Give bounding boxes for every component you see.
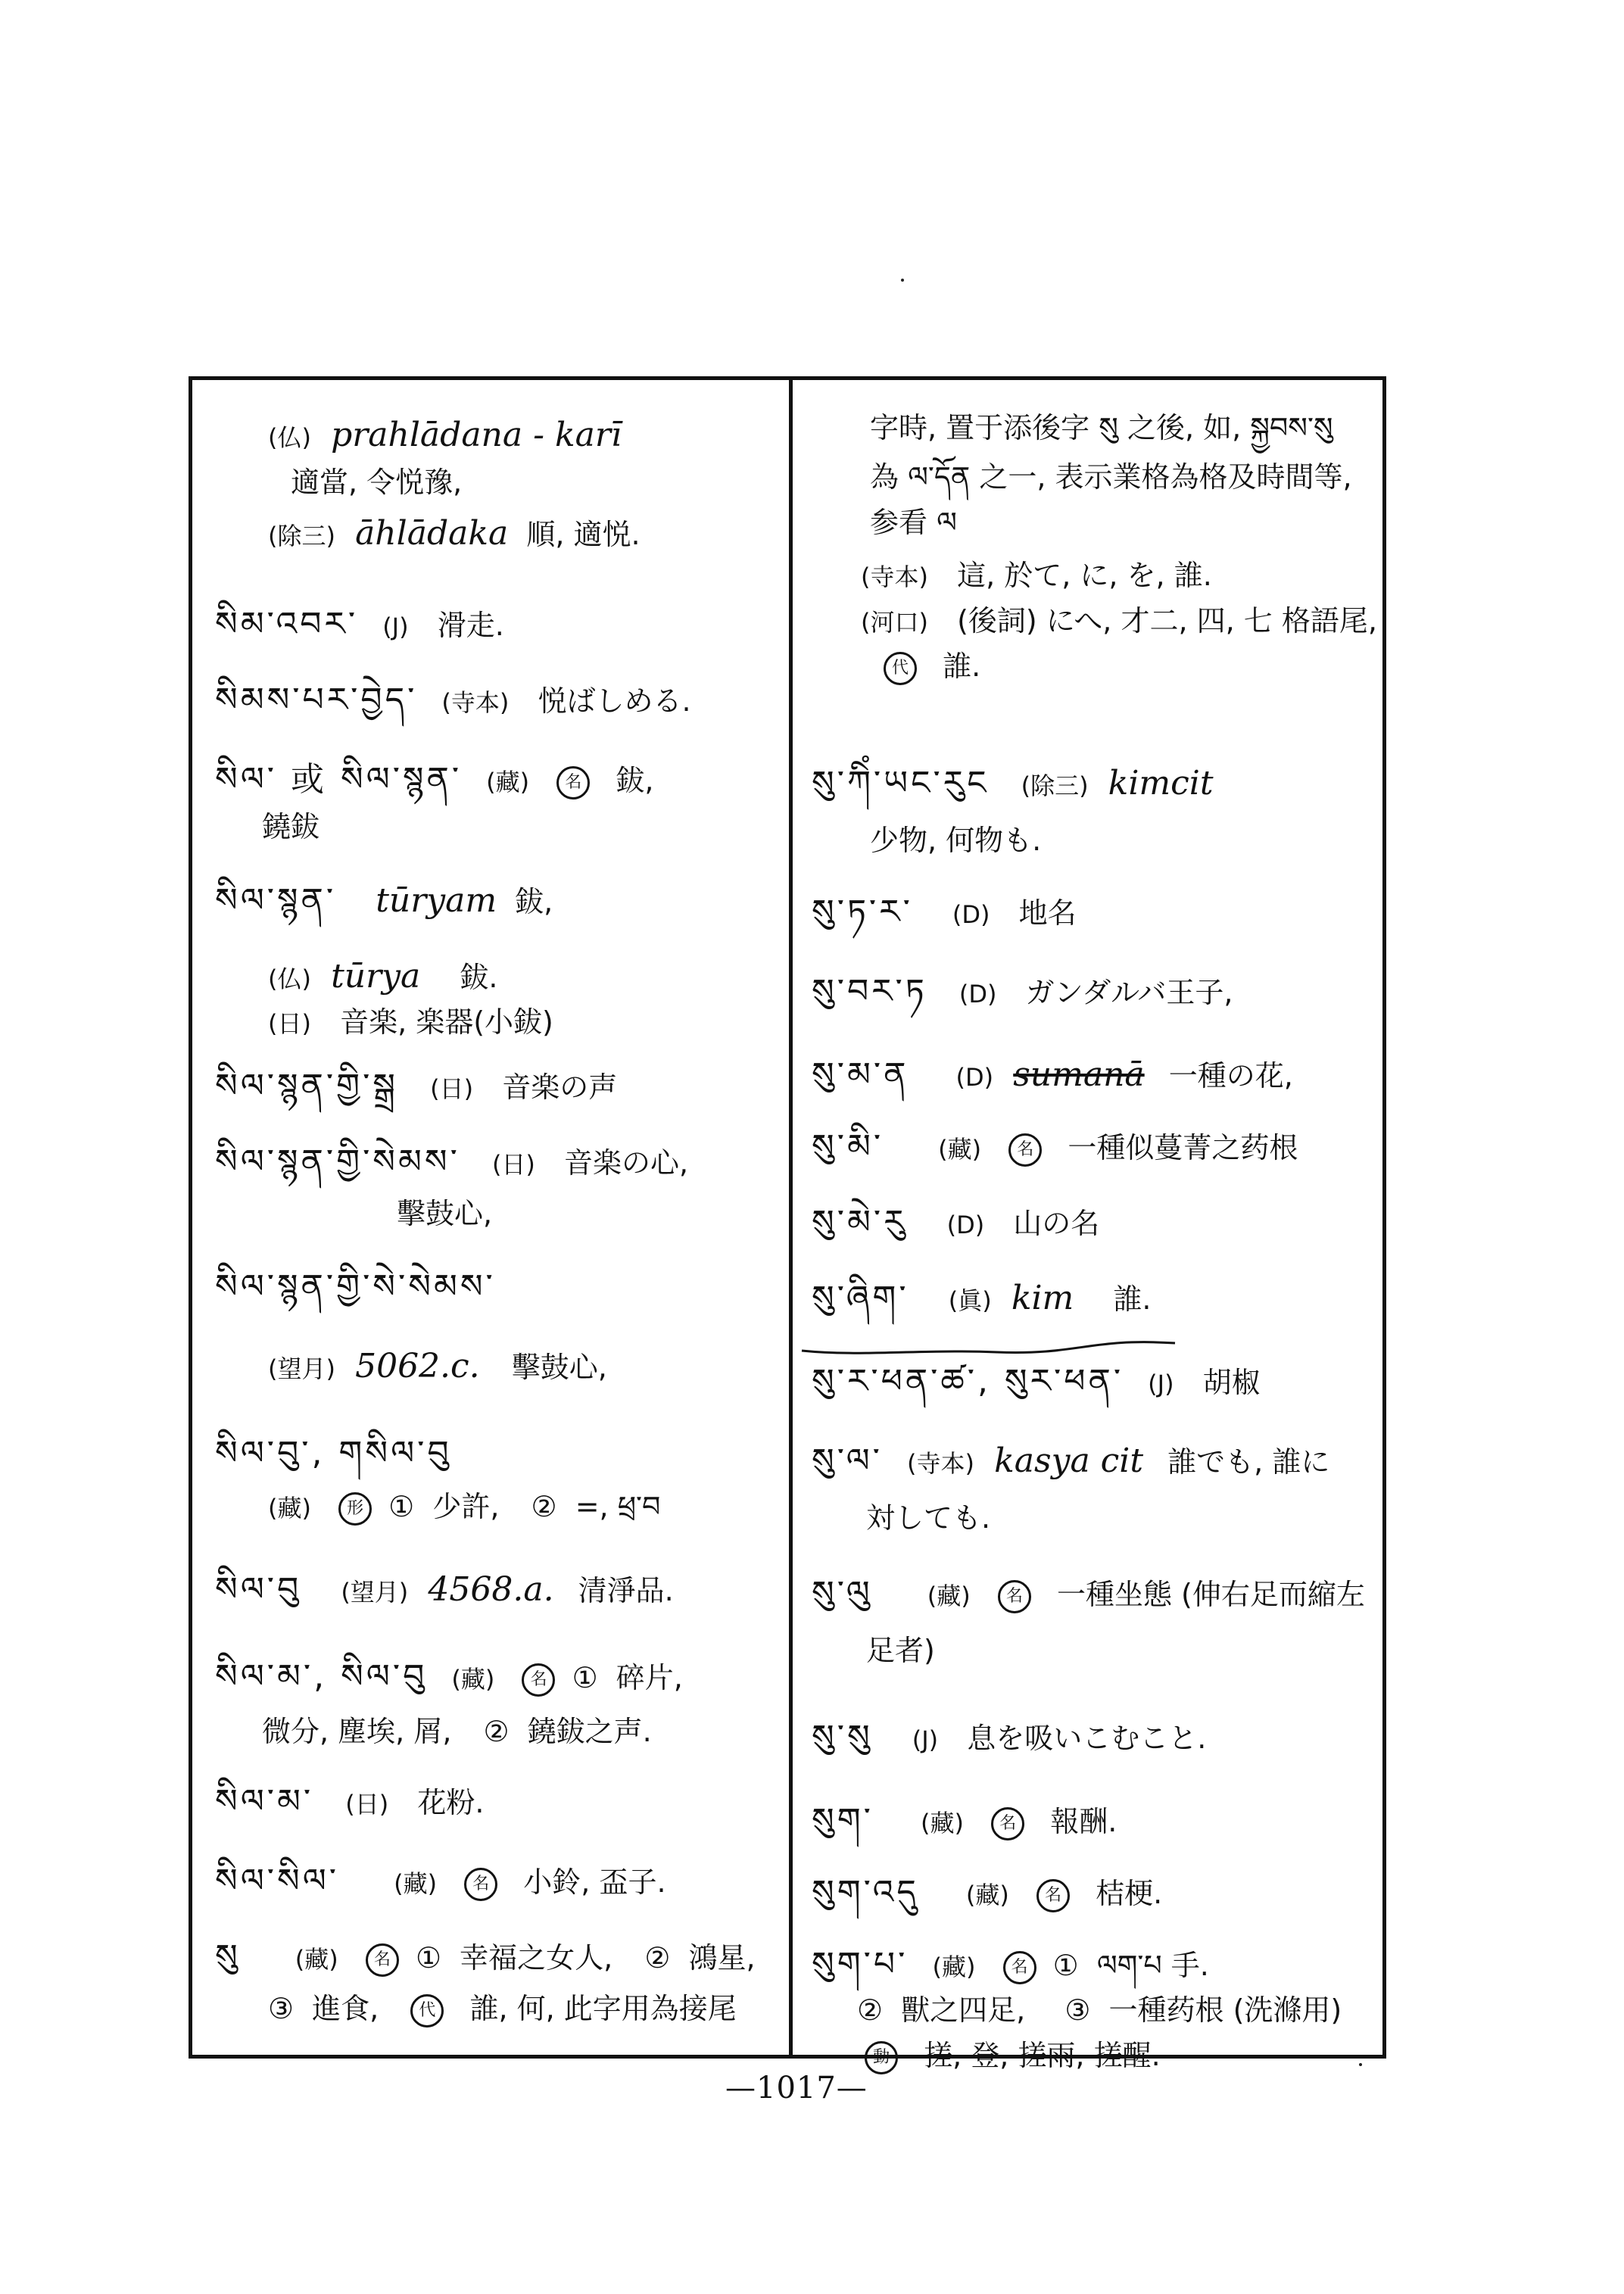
source-tag: (除三) bbox=[268, 522, 335, 550]
part-of-speech-badge: 名 bbox=[991, 1807, 1024, 1840]
gloss: 花粉. bbox=[417, 1786, 484, 1819]
tibetan-headword: སིམས་པར་བྱེད་ bbox=[215, 681, 417, 719]
tibetan-headword: སིལ་སྙན་གྱི་སེ་སེམས་ bbox=[215, 1267, 496, 1306]
gloss: 息を吸いこむこと. bbox=[967, 1722, 1206, 1755]
part-of-speech-badge: 名 bbox=[556, 766, 590, 799]
gloss: 胡椒 bbox=[1203, 1366, 1261, 1399]
source-tag: (望月) bbox=[268, 1354, 335, 1383]
source-tag: (望月) bbox=[341, 1578, 408, 1607]
source-tag: (藏) bbox=[927, 1582, 971, 1610]
gloss: 音楽, 楽器(小鈸) bbox=[340, 1005, 553, 1039]
tibetan-headword: སུག་འདུ bbox=[812, 1873, 919, 1912]
hand-drawn-separator bbox=[800, 1334, 1179, 1357]
gloss: 地名 bbox=[1019, 896, 1077, 930]
source-tag: (寺本) bbox=[861, 563, 928, 591]
gloss: 鴻星, bbox=[689, 1941, 756, 1975]
gloss: 音楽の心, bbox=[564, 1146, 688, 1180]
gloss: 鐃鈸之声. bbox=[528, 1715, 652, 1748]
source-tag: (藏) bbox=[932, 1953, 975, 1981]
part-of-speech-badge: 代 bbox=[884, 652, 917, 685]
part-of-speech-badge: 名 bbox=[366, 1943, 399, 1977]
source-tag: (仏) bbox=[268, 965, 311, 993]
part-of-speech-badge: 名 bbox=[522, 1663, 555, 1697]
source-tag: (藏) bbox=[921, 1809, 964, 1837]
tibetan-headword: སིལ་བུ་, གསིལ་བུ bbox=[215, 1434, 452, 1473]
scan-speck bbox=[901, 279, 904, 282]
gloss: 悦ばしめる. bbox=[538, 684, 690, 718]
source-tag: (D) bbox=[959, 980, 997, 1008]
tibetan-headword: སིལ་མ་, སིལ་བུ bbox=[215, 1657, 427, 1696]
tibetan-headword: སུ་ཀིཾ་ཡང་རུང bbox=[812, 764, 989, 803]
gloss: 擊鼓心, bbox=[397, 1197, 492, 1230]
sense-number: ② bbox=[484, 1715, 510, 1748]
tibetan-headword: སུ bbox=[215, 1937, 241, 1976]
sense-number: ③ bbox=[268, 1992, 294, 2025]
tibetan-headword: སིལ་སྙན་ bbox=[215, 881, 336, 920]
left-column: (仏) prahlādana - karī 適當, 令悦豫, (除三) āhlā… bbox=[192, 380, 789, 2055]
gloss: ガンダルバ王子, bbox=[1026, 976, 1233, 1009]
sense-number: ① bbox=[572, 1661, 598, 1694]
source-tag: (眞) bbox=[949, 1286, 992, 1315]
part-of-speech-badge: 名 bbox=[1036, 1879, 1070, 1912]
gloss: 少物, 何物も. bbox=[870, 824, 1041, 857]
gloss: (後詞) にへ, 才二, 四, 七 格語尾, bbox=[957, 604, 1377, 637]
source-tag: (J) bbox=[1148, 1370, 1174, 1398]
gloss: 桔梗. bbox=[1096, 1877, 1162, 1910]
gloss: 少許, bbox=[432, 1490, 499, 1523]
sense-number: ① bbox=[416, 1941, 441, 1975]
gloss: 誰, 何, 此字用為接尾 bbox=[469, 1992, 736, 2025]
sense-number: ① bbox=[1053, 1949, 1079, 1982]
gloss: 滑走. bbox=[438, 609, 504, 642]
sanskrit-term: tūrya bbox=[331, 957, 420, 996]
gloss: 這, 於て, に, を, 誰. bbox=[957, 559, 1212, 592]
tibetan-headword: སུག་པ་ bbox=[812, 1945, 908, 1984]
gloss: 鈸, bbox=[616, 764, 653, 797]
gloss: 搓, 登, 搓雨, 搓醒. bbox=[924, 2039, 1161, 2072]
tibetan-headword: སུག་ bbox=[812, 1801, 874, 1840]
source-tag: (J) bbox=[912, 1725, 938, 1754]
gloss: 幸福之女人, bbox=[460, 1941, 613, 1975]
sense-number: ② bbox=[857, 1993, 883, 2027]
source-tag: (D) bbox=[952, 900, 990, 929]
tibetan-headword: སུ་བར་ཏ bbox=[812, 972, 927, 1011]
tibetan-headword: སིལ་བུ bbox=[215, 1570, 301, 1609]
gloss: 誰. bbox=[943, 650, 980, 683]
gloss: 字時, 置于添後字 སུ 之後, 如, སྐྱབས་སུ bbox=[870, 411, 1333, 444]
tibetan-headword: སིལ་མ་ bbox=[215, 1782, 313, 1821]
source-tag: (河口) bbox=[861, 608, 928, 637]
dictionary-page-frame: (仏) prahlādana - karī 適當, 令悦豫, (除三) āhlā… bbox=[189, 376, 1386, 2059]
sense-number: ③ bbox=[1064, 1993, 1090, 2027]
gloss: 一種の花, bbox=[1169, 1059, 1293, 1092]
source-tag: (藏) bbox=[268, 1494, 311, 1523]
part-of-speech-badge: 名 bbox=[998, 1580, 1031, 1613]
source-tag: (仏) bbox=[268, 423, 311, 452]
sense-number: ② bbox=[644, 1941, 670, 1975]
part-of-speech-badge: 代 bbox=[410, 1994, 444, 2028]
gloss: 適當, 令悦豫, bbox=[291, 466, 462, 499]
gloss: 参看 ལ bbox=[870, 506, 957, 539]
source-tag: (日) bbox=[345, 1790, 388, 1819]
tibetan-headword: སིལ་ 或 སིལ་སྙན་ bbox=[215, 760, 462, 799]
gloss: 清淨品. bbox=[578, 1574, 674, 1607]
sanskrit-term: prahlādana - karī bbox=[331, 416, 622, 454]
gloss: 一種似蔓菁之药根 bbox=[1068, 1131, 1298, 1164]
page-number: —1017— bbox=[725, 2071, 868, 2105]
tibetan-headword: སིལ་སྙན་གྱི་སེམས་ bbox=[215, 1142, 460, 1181]
gloss: =, ཕྲ་བ bbox=[575, 1490, 661, 1523]
source-tag: (D) bbox=[956, 1063, 994, 1092]
scan-speck bbox=[1359, 2063, 1362, 2066]
gloss: 小鈴, 盃子. bbox=[523, 1865, 665, 1899]
reference-number: 4568.a. bbox=[428, 1570, 553, 1609]
source-tag: (日) bbox=[492, 1150, 535, 1179]
gloss: 対しても. bbox=[866, 1501, 990, 1535]
gloss: 誰でも, 誰に bbox=[1167, 1445, 1329, 1479]
tibetan-headword: སིལ་སྙན་གྱི་སྒྲ bbox=[215, 1067, 398, 1105]
gloss: 鈸. bbox=[460, 961, 497, 994]
gloss: 微分, 塵埃, 屑, bbox=[262, 1715, 451, 1748]
gloss: 報酬. bbox=[1050, 1805, 1117, 1838]
source-tag: (藏) bbox=[486, 768, 529, 796]
sanskrit-term: āhlādaka bbox=[355, 514, 508, 553]
part-of-speech-badge: 形 bbox=[338, 1492, 372, 1526]
source-tag: (日) bbox=[430, 1074, 473, 1103]
source-tag: (日) bbox=[268, 1009, 311, 1038]
gloss: 音楽の声 bbox=[502, 1071, 617, 1104]
reference-number: 5062.c. bbox=[355, 1347, 480, 1385]
tibetan-headword: སུ་མི་ bbox=[812, 1127, 884, 1166]
sanskrit-term: tūryam bbox=[376, 881, 497, 920]
gloss: 一種坐態 (伸右足而縮左 bbox=[1057, 1578, 1365, 1611]
tibetan-headword: སུ་མ་ན bbox=[812, 1055, 909, 1094]
gloss: 鈸, bbox=[515, 885, 553, 918]
gloss: 順, 適悦. bbox=[526, 518, 640, 551]
gloss: 為 ལ་དོན 之一, 表示業格為格及時間等, bbox=[870, 460, 1352, 494]
gloss: ལག་པ 手. bbox=[1097, 1949, 1209, 1982]
gloss: 擊鼓心, bbox=[512, 1351, 607, 1384]
sense-number: ② bbox=[531, 1490, 557, 1523]
sanskrit-term: kasya cit bbox=[994, 1442, 1143, 1480]
tibetan-headword: སུ་ལུ bbox=[812, 1574, 873, 1613]
sanskrit-term: kim bbox=[1011, 1279, 1074, 1317]
part-of-speech-badge: 名 bbox=[1003, 1951, 1036, 1984]
gloss: 獸之四足, bbox=[901, 1993, 1025, 2027]
source-tag: (D) bbox=[947, 1211, 985, 1239]
source-tag: (藏) bbox=[966, 1881, 1009, 1909]
tibetan-headword: སུ་མེ་རུ bbox=[812, 1203, 907, 1242]
tibetan-headword: སུ་ཏ་ར་ bbox=[812, 893, 913, 931]
gloss: 一種药根 (洗滌用) bbox=[1109, 1993, 1342, 2027]
tibetan-headword: སུ་ར་ཕན་ཚ་, སུར་ཕན་ bbox=[812, 1362, 1124, 1401]
source-tag: (寺本) bbox=[907, 1449, 974, 1478]
sense-number: ① bbox=[388, 1490, 414, 1523]
source-tag: (寺本) bbox=[441, 688, 509, 717]
sanskrit-term: sumanā bbox=[1013, 1055, 1144, 1094]
tibetan-headword: སུ་ཞིག་ bbox=[812, 1279, 909, 1317]
part-of-speech-badge: 動 bbox=[865, 2041, 898, 2074]
tibetan-headword: སིམ་འབར་ bbox=[215, 605, 358, 644]
source-tag: (除三) bbox=[1021, 771, 1089, 800]
gloss: 足者) bbox=[866, 1634, 935, 1667]
source-tag: (藏) bbox=[295, 1945, 338, 1974]
source-tag: (藏) bbox=[451, 1665, 494, 1694]
source-tag: (藏) bbox=[938, 1135, 981, 1164]
tibetan-headword: སུ་ལ་ bbox=[812, 1442, 883, 1480]
source-tag: (藏) bbox=[394, 1869, 437, 1898]
part-of-speech-badge: 名 bbox=[464, 1868, 497, 1901]
source-tag: (J) bbox=[382, 612, 408, 641]
right-column: 字時, 置于添後字 སུ 之後, 如, སྐྱབས་སུ 為 ལ་དོན 之一,… bbox=[793, 380, 1383, 2055]
gloss: 進食, bbox=[312, 1992, 379, 2025]
gloss: 碎片, bbox=[616, 1661, 683, 1694]
sanskrit-term: kimcit bbox=[1108, 764, 1214, 803]
part-of-speech-badge: 名 bbox=[1008, 1133, 1042, 1167]
tibetan-headword: སུ་སུ bbox=[812, 1718, 873, 1756]
gloss: 鐃鈸 bbox=[262, 810, 320, 843]
gloss: 誰. bbox=[1113, 1283, 1151, 1316]
tibetan-headword: སིལ་སིལ་ bbox=[215, 1862, 339, 1900]
gloss: 山の名 bbox=[1013, 1207, 1099, 1240]
